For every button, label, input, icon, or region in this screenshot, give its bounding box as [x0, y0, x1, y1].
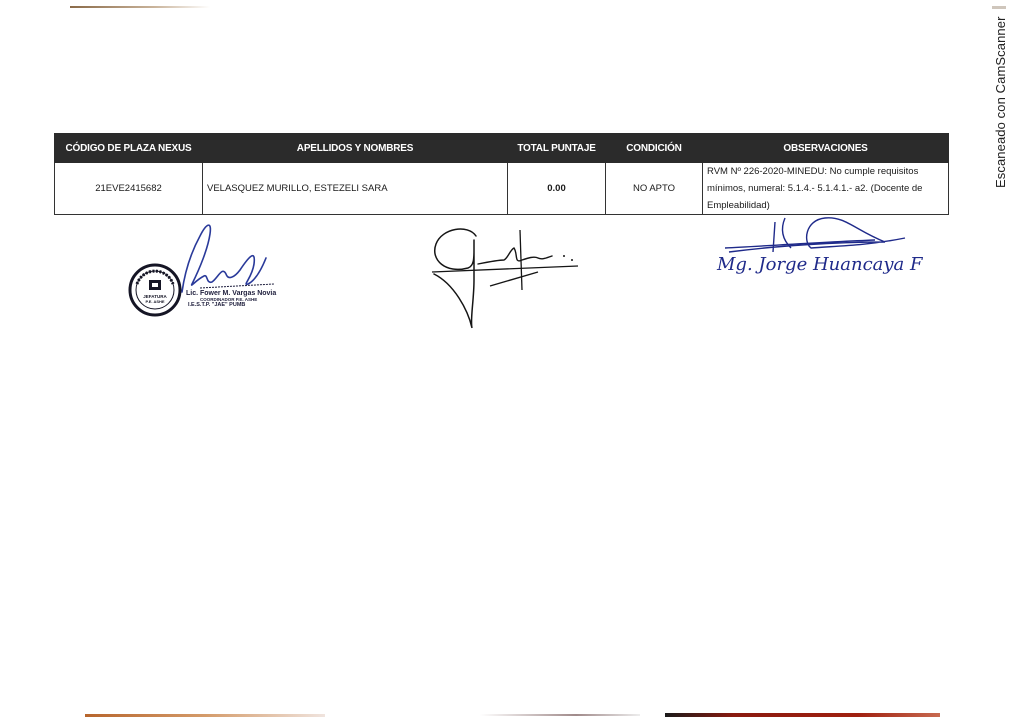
cell-codigo: 21EVE2415682 — [55, 163, 203, 215]
header-observaciones: OBSERVACIONES — [703, 134, 949, 163]
scan-edge-top-right — [992, 6, 1006, 9]
scan-edge-bottom-mid — [480, 714, 640, 716]
signature-right-handwriting: Mg. Jorge Huancaya F — [716, 254, 924, 275]
header-codigo: CÓDIGO DE PLAZA NEXUS — [55, 134, 203, 163]
signatory-left-name: Lic. Fower M. Vargas Novia — [186, 290, 276, 297]
signature-right: Mg. Jorge Huancaya F — [715, 212, 925, 282]
header-condicion: CONDICIÓN — [606, 134, 703, 163]
signatory-left-caption: Lic. Fower M. Vargas Novia COORDINADOR P… — [186, 290, 276, 308]
scan-edge-bottom-right — [665, 713, 940, 717]
header-nombres: APELLIDOS Y NOMBRES — [203, 134, 508, 163]
cell-nombre: VELASQUEZ MURILLO, ESTEZELI SARA — [203, 163, 508, 215]
table-row: 21EVE2415682 VELASQUEZ MURILLO, ESTEZELI… — [55, 163, 949, 215]
scan-edge-bottom-left — [85, 714, 325, 717]
cell-observaciones: RVM Nº 226-2020-MINEDU: No cumple requis… — [703, 163, 949, 215]
camscanner-watermark: Escaneado con CamScanner — [993, 16, 1008, 188]
scan-edge-top — [70, 6, 210, 8]
cell-puntaje: 0.00 — [508, 163, 606, 215]
results-table: CÓDIGO DE PLAZA NEXUS APELLIDOS Y NOMBRE… — [54, 133, 949, 215]
table-header-row: CÓDIGO DE PLAZA NEXUS APELLIDOS Y NOMBRE… — [55, 134, 949, 163]
header-puntaje: TOTAL PUNTAJE — [508, 134, 606, 163]
signatory-left-institution: I.E.S.T.P. "JAE" PUMB — [188, 302, 276, 308]
signature-middle — [428, 220, 588, 335]
svg-text:P.E. ASHE: P.E. ASHE — [145, 299, 164, 304]
signature-left — [170, 218, 280, 298]
cell-condicion: NO APTO — [606, 163, 703, 215]
